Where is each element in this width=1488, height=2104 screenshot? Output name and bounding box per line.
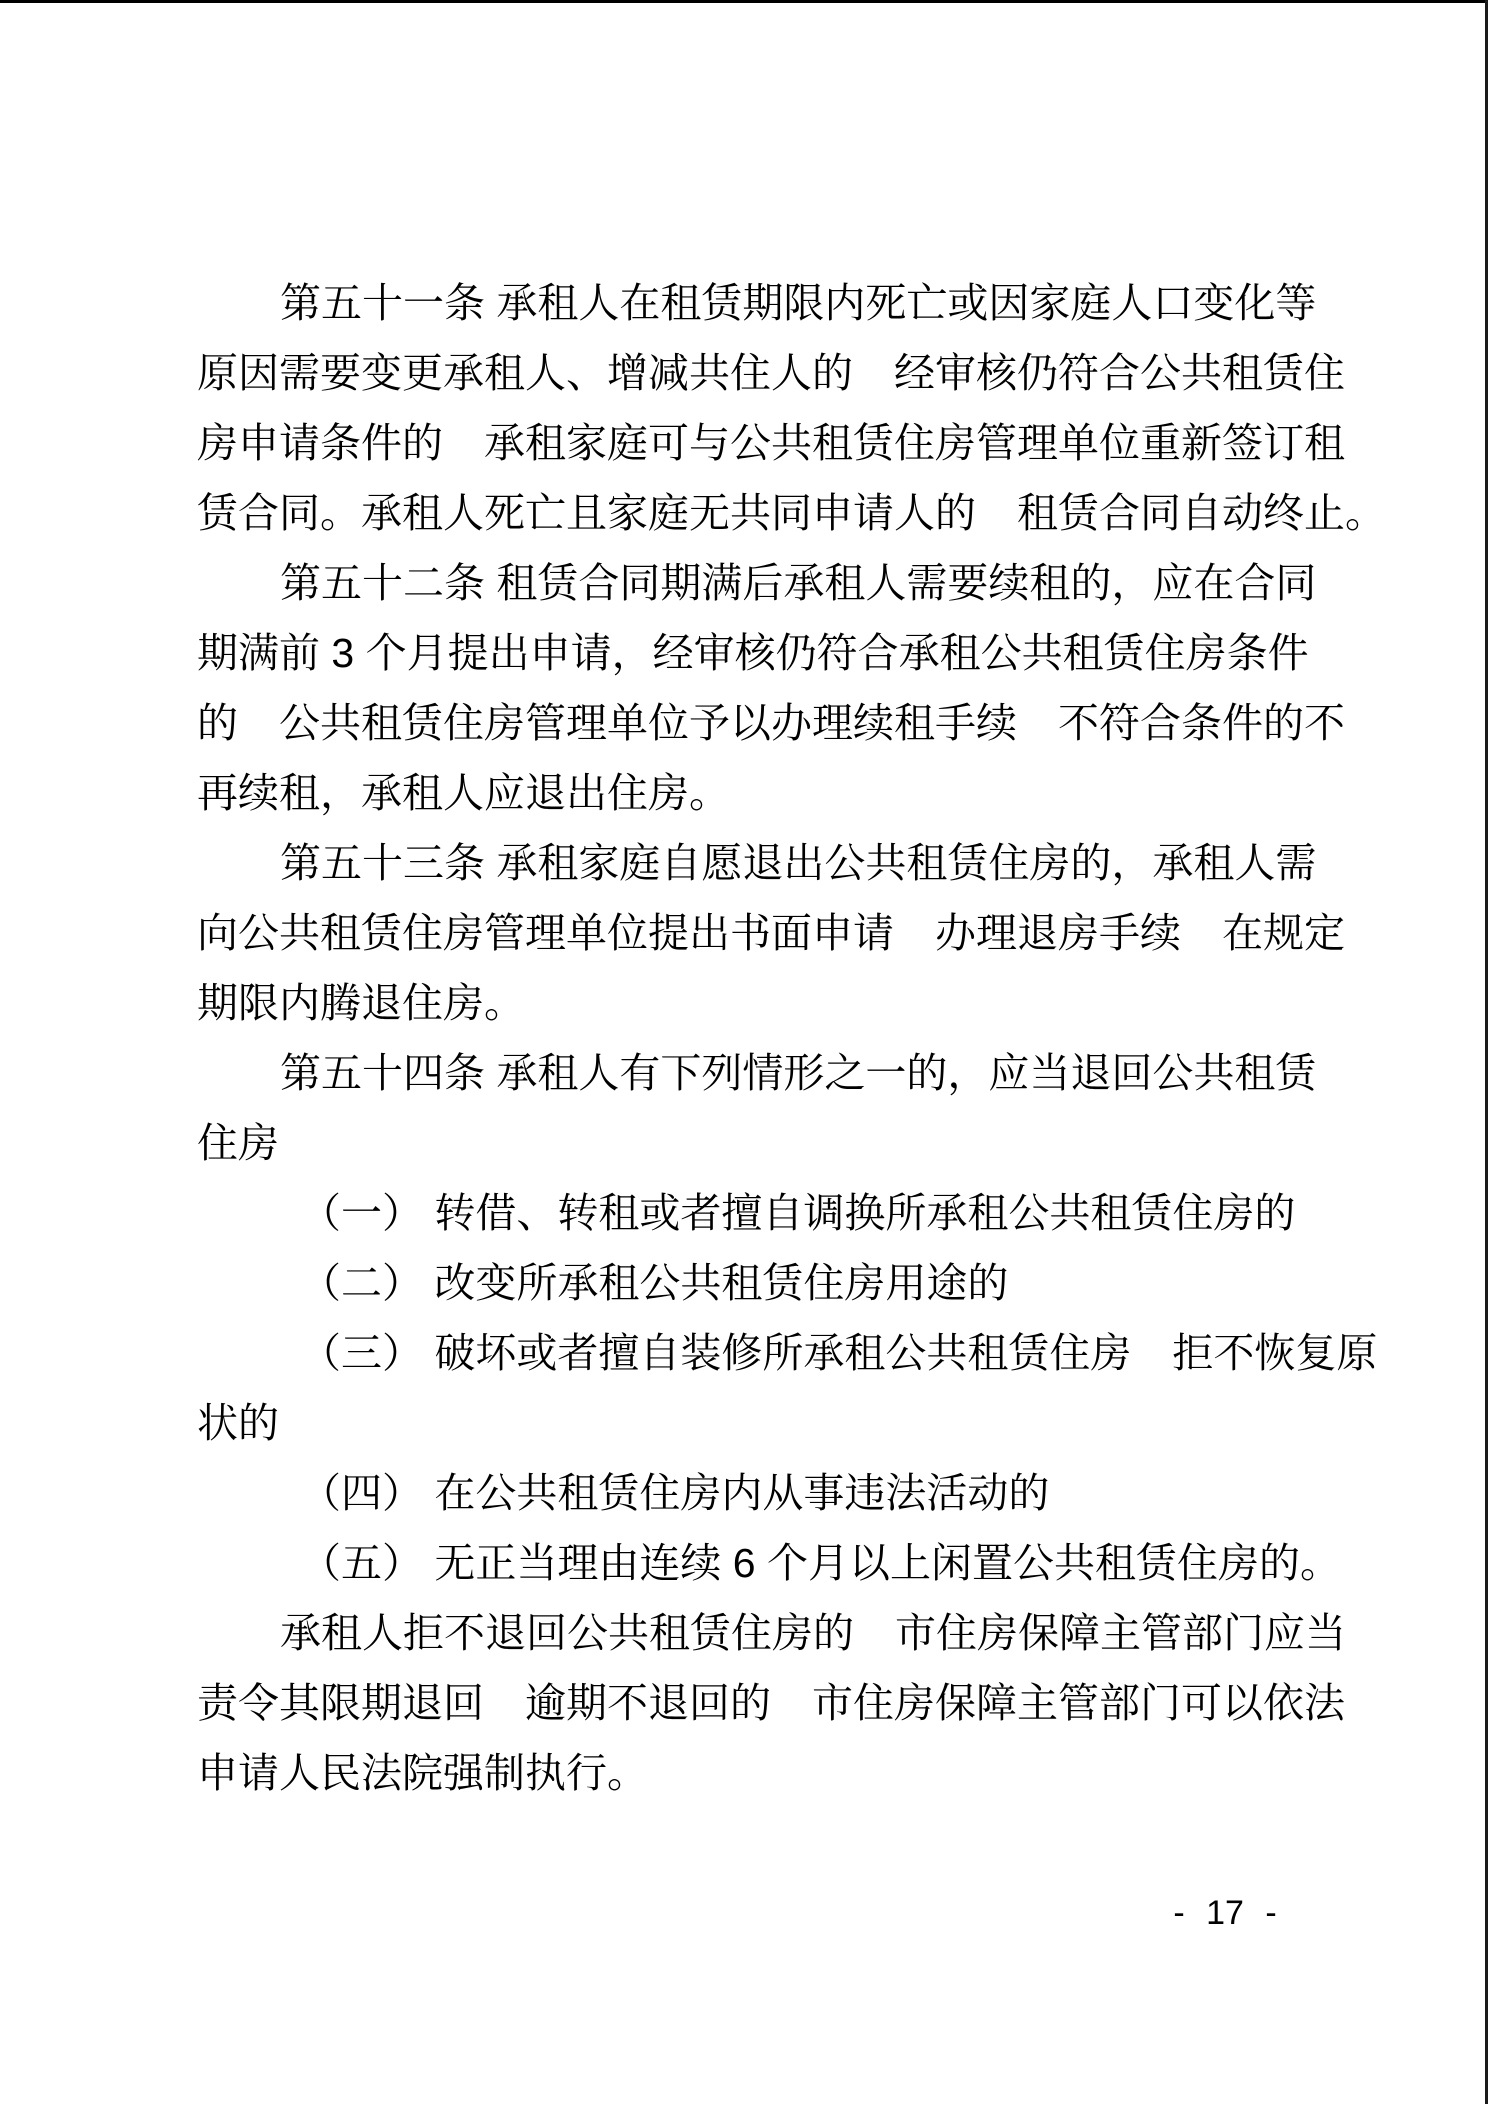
document-page: 第五十一条 承租人在租赁期限内死亡或因家庭人口变化等原因需要变更承租人、增减共住…: [0, 0, 1488, 2104]
text-line: 房申请条件的 承租家庭可与公共租赁住房管理单位重新签订租: [197, 408, 1337, 478]
text-line: （一） 转借、转租或者擅自调换所承租公共租赁住房的: [197, 1178, 1337, 1248]
text-line: （二） 改变所承租公共租赁住房用途的: [197, 1248, 1337, 1318]
text-line: 向公共租赁住房管理单位提出书面申请 办理退房手续 在规定: [197, 898, 1337, 968]
text-line: 期限内腾退住房。: [197, 968, 1337, 1038]
text-line: 赁合同。承租人死亡且家庭无共同申请人的 租赁合同自动终止。: [197, 478, 1337, 548]
text-line: （三） 破坏或者擅自装修所承租公共租赁住房 拒不恢复原: [197, 1318, 1337, 1388]
text-line: 承租人拒不退回公共租赁住房的 市住房保障主管部门应当: [197, 1598, 1337, 1668]
text-line: 申请人民法院强制执行。: [197, 1738, 1337, 1808]
text-line: 第五十三条 承租家庭自愿退出公共租赁住房的，承租人需: [197, 828, 1337, 898]
text-line: （五） 无正当理由连续 6 个月以上闲置公共租赁住房的。: [197, 1528, 1337, 1598]
text-line: 责令其限期退回 逾期不退回的 市住房保障主管部门可以依法: [197, 1668, 1337, 1738]
document-body: 第五十一条 承租人在租赁期限内死亡或因家庭人口变化等原因需要变更承租人、增减共住…: [197, 268, 1337, 1808]
scan-edge-top: [0, 0, 1488, 3]
text-line: 第五十二条 租赁合同期满后承租人需要续租的，应在合同: [197, 548, 1337, 618]
text-line: 第五十一条 承租人在租赁期限内死亡或因家庭人口变化等: [197, 268, 1337, 338]
text-line: 住房: [197, 1108, 1337, 1178]
text-line: 状的: [197, 1388, 1337, 1458]
page-number: - 17 -: [1150, 1892, 1300, 1934]
text-line: （四） 在公共租赁住房内从事违法活动的: [197, 1458, 1337, 1528]
text-line: 期满前 3 个月提出申请，经审核仍符合承租公共租赁住房条件: [197, 618, 1337, 688]
text-line: 再续租，承租人应退出住房。: [197, 758, 1337, 828]
text-line: 的 公共租赁住房管理单位予以办理续租手续 不符合条件的不: [197, 688, 1337, 758]
text-line: 原因需要变更承租人、增减共住人的 经审核仍符合公共租赁住: [197, 338, 1337, 408]
text-line: 第五十四条 承租人有下列情形之一的，应当退回公共租赁: [197, 1038, 1337, 1108]
